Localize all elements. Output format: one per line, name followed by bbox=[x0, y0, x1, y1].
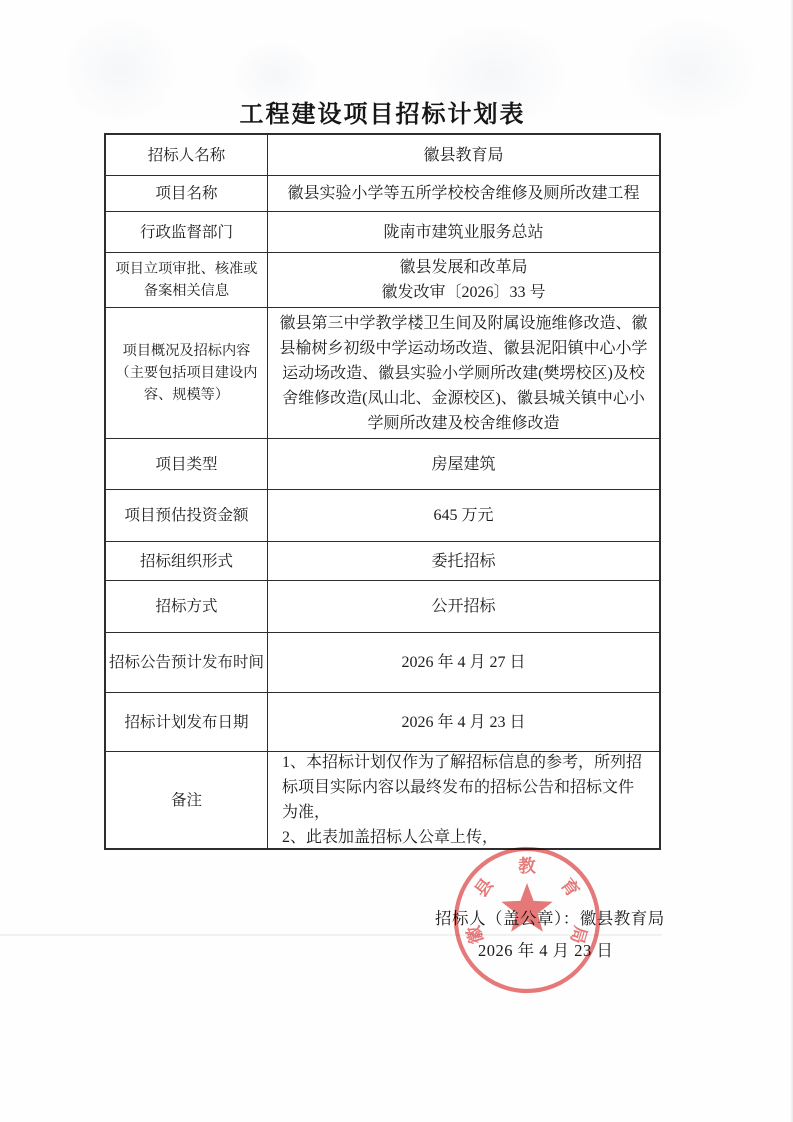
row-value-estimated-investment: 645 万元 bbox=[268, 490, 659, 541]
scan-streak bbox=[0, 934, 662, 936]
row-label-remarks: 备注 bbox=[106, 752, 268, 848]
row-label-bidder-name: 招标人名称 bbox=[106, 135, 268, 175]
row-label-approval-info: 项目立项审批、核准或备案相关信息 bbox=[106, 253, 268, 307]
row-value-plan-release-date: 2026 年 4 月 23 日 bbox=[268, 693, 659, 751]
signature-date-line: 2026 年 4 月 23 日 bbox=[478, 937, 613, 961]
row-value-bidder-name: 徽县教育局 bbox=[268, 135, 659, 175]
seal-char: 县 bbox=[471, 874, 498, 900]
table-row: 项目预估投资金额 645 万元 bbox=[106, 489, 659, 541]
row-value-project-type: 房屋建筑 bbox=[268, 439, 659, 489]
bidder-signature-line: 招标人（盖公章）：徽县教育局 bbox=[435, 905, 665, 929]
row-label-project-name: 项目名称 bbox=[106, 176, 268, 211]
row-value-bidding-method: 公开招标 bbox=[268, 581, 659, 632]
seal-char: 教 bbox=[518, 856, 536, 876]
row-label-plan-release-date: 招标计划发布日期 bbox=[106, 693, 268, 751]
table-row: 招标方式 公开招标 bbox=[106, 580, 659, 632]
row-label-supervision-dept: 行政监督部门 bbox=[106, 212, 268, 252]
table-row: 招标计划发布日期 2026 年 4 月 23 日 bbox=[106, 692, 659, 751]
row-label-project-overview: 项目概况及招标内容（主要包括项目建设内容、规模等） bbox=[106, 308, 268, 438]
row-value-project-name: 徽县实验小学等五所学校校舍维修及厕所改建工程 bbox=[268, 176, 659, 211]
table-row: 备注 1、本招标计划仅作为了解招标信息的参考，所列招标项目实际内容以最终发布的招… bbox=[106, 751, 659, 848]
approval-authority: 徽县发展和改革局 bbox=[276, 255, 651, 280]
row-value-announcement-date: 2026 年 4 月 27 日 bbox=[268, 633, 659, 692]
row-label-bidding-method: 招标方式 bbox=[106, 581, 268, 632]
remark-item-1: 1、本招标计划仅作为了解招标信息的参考，所列招标项目实际内容以最终发布的招标公告… bbox=[282, 750, 645, 825]
table-row: 行政监督部门 陇南市建筑业服务总站 bbox=[106, 211, 659, 252]
table-row: 项目类型 房屋建筑 bbox=[106, 438, 659, 489]
table-row: 项目概况及招标内容（主要包括项目建设内容、规模等） 徽县第三中学教学楼卫生间及附… bbox=[106, 307, 659, 438]
row-value-remarks: 1、本招标计划仅作为了解招标信息的参考，所列招标项目实际内容以最终发布的招标公告… bbox=[268, 752, 659, 848]
seal-char: 育 bbox=[557, 874, 584, 900]
table-row: 招标组织形式 委托招标 bbox=[106, 541, 659, 580]
row-label-project-type: 项目类型 bbox=[106, 439, 268, 489]
row-label-estimated-investment: 项目预估投资金额 bbox=[106, 490, 268, 541]
table-row: 项目名称 徽县实验小学等五所学校校舍维修及厕所改建工程 bbox=[106, 175, 659, 211]
row-label-announcement-date: 招标公告预计发布时间 bbox=[106, 633, 268, 692]
table-row: 招标人名称 徽县教育局 bbox=[106, 135, 659, 175]
approval-document-number: 徽发改审〔2026〕33 号 bbox=[276, 280, 651, 305]
bidding-plan-table: 招标人名称 徽县教育局 项目名称 徽县实验小学等五所学校校舍维修及厕所改建工程 … bbox=[104, 133, 661, 850]
row-value-supervision-dept: 陇南市建筑业服务总站 bbox=[268, 212, 659, 252]
row-value-approval-info: 徽县发展和改革局 徽发改审〔2026〕33 号 bbox=[268, 253, 659, 307]
table-row: 项目立项审批、核准或备案相关信息 徽县发展和改革局 徽发改审〔2026〕33 号 bbox=[106, 252, 659, 307]
table-row: 招标公告预计发布时间 2026 年 4 月 27 日 bbox=[106, 632, 659, 692]
row-value-organization-form: 委托招标 bbox=[268, 542, 659, 580]
scanned-document-page: 工程建设项目招标计划表 招标人名称 徽县教育局 项目名称 徽县实验小学等五所学校… bbox=[0, 0, 793, 1122]
row-value-project-overview: 徽县第三中学教学楼卫生间及附属设施维修改造、徽县榆树乡初级中学运动场改造、徽县泥… bbox=[268, 308, 659, 438]
document-title: 工程建设项目招标计划表 bbox=[104, 94, 661, 129]
row-label-organization-form: 招标组织形式 bbox=[106, 542, 268, 580]
remark-item-2: 2、此表加盖招标人公章上传， bbox=[282, 825, 645, 850]
